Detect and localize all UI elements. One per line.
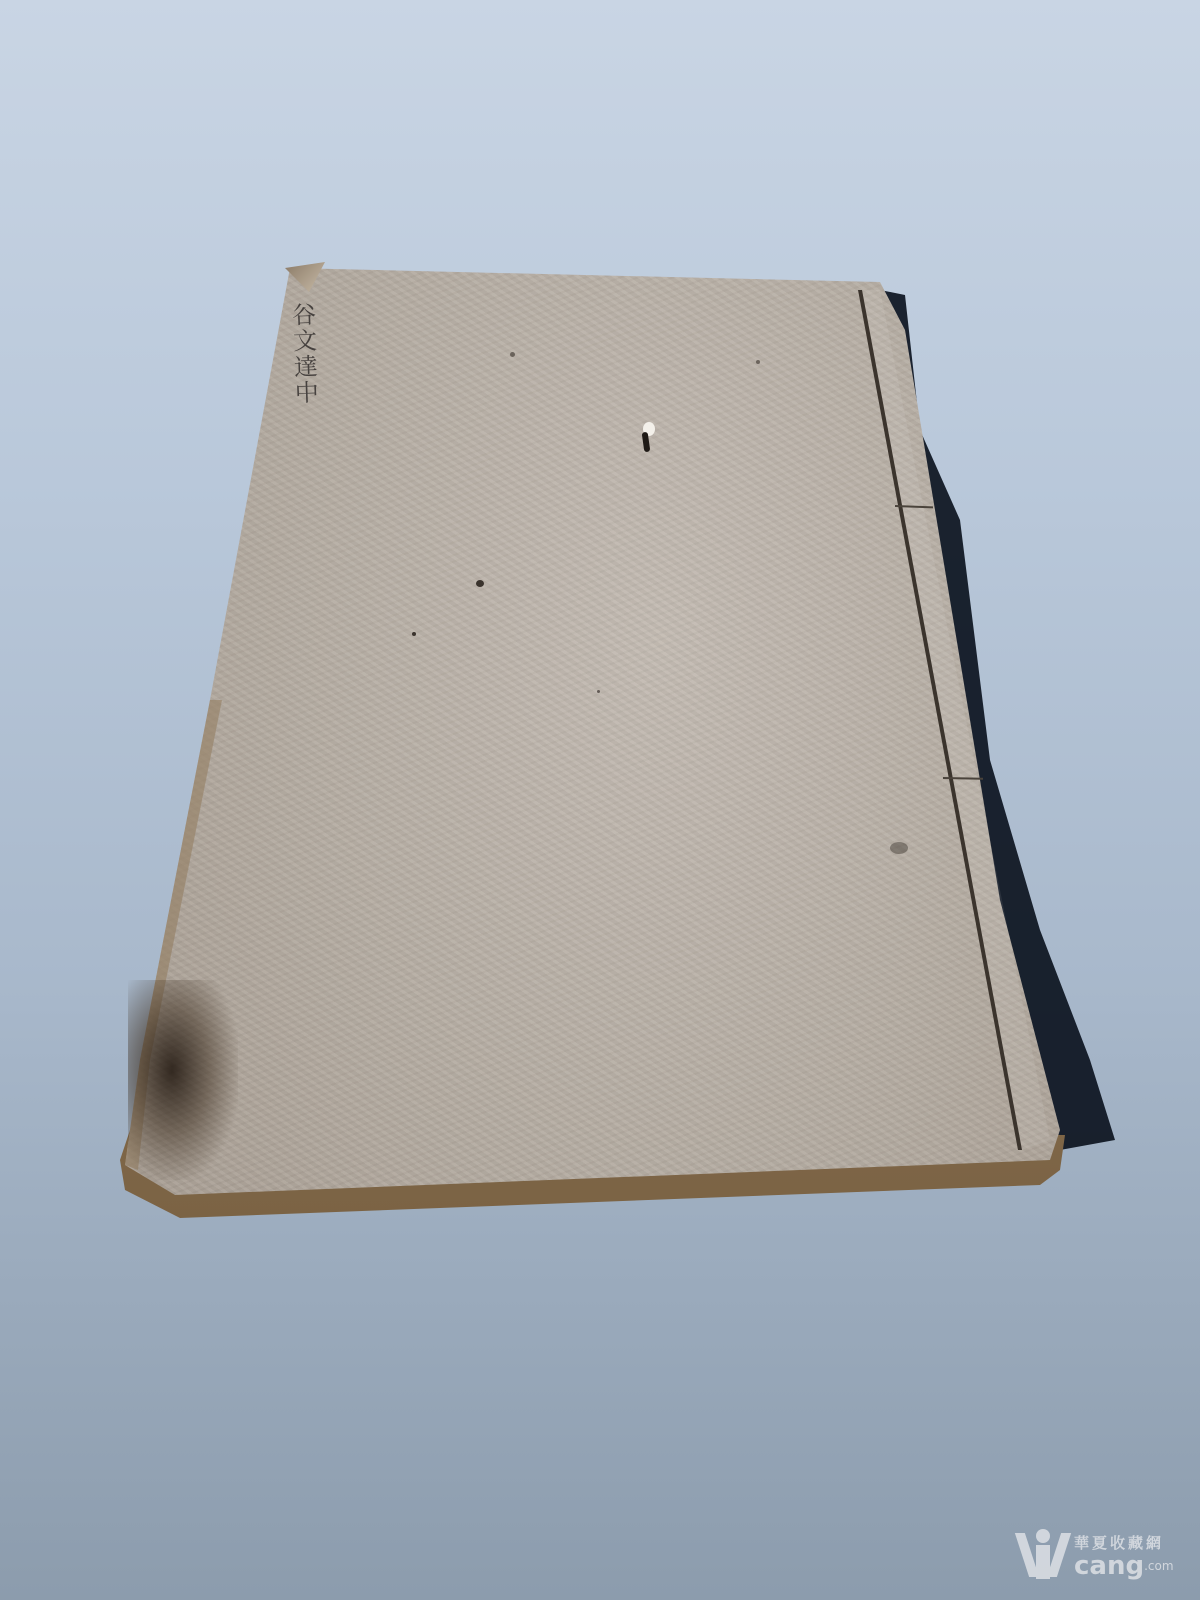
spot [510,352,515,357]
spot [756,360,760,364]
cover-texture [0,0,1200,1600]
photo-scene: 谷文達中 華夏收藏網 cang.com [0,0,1200,1600]
watermark-text: 華夏收藏網 cang.com [1074,1532,1174,1579]
handwritten-title: 谷文達中 [288,302,318,407]
watermark-chinese: 華夏收藏網 [1074,1532,1174,1553]
site-watermark: 華夏收藏網 cang.com [1020,1525,1200,1585]
spot [476,580,484,587]
spot [597,690,600,693]
cover-mark [640,422,654,452]
spot [412,632,416,636]
cang-logo-icon [1020,1529,1066,1581]
spot [890,842,908,854]
stain-lower-left [128,980,238,1180]
watermark-latin: cang.com [1074,1553,1174,1579]
